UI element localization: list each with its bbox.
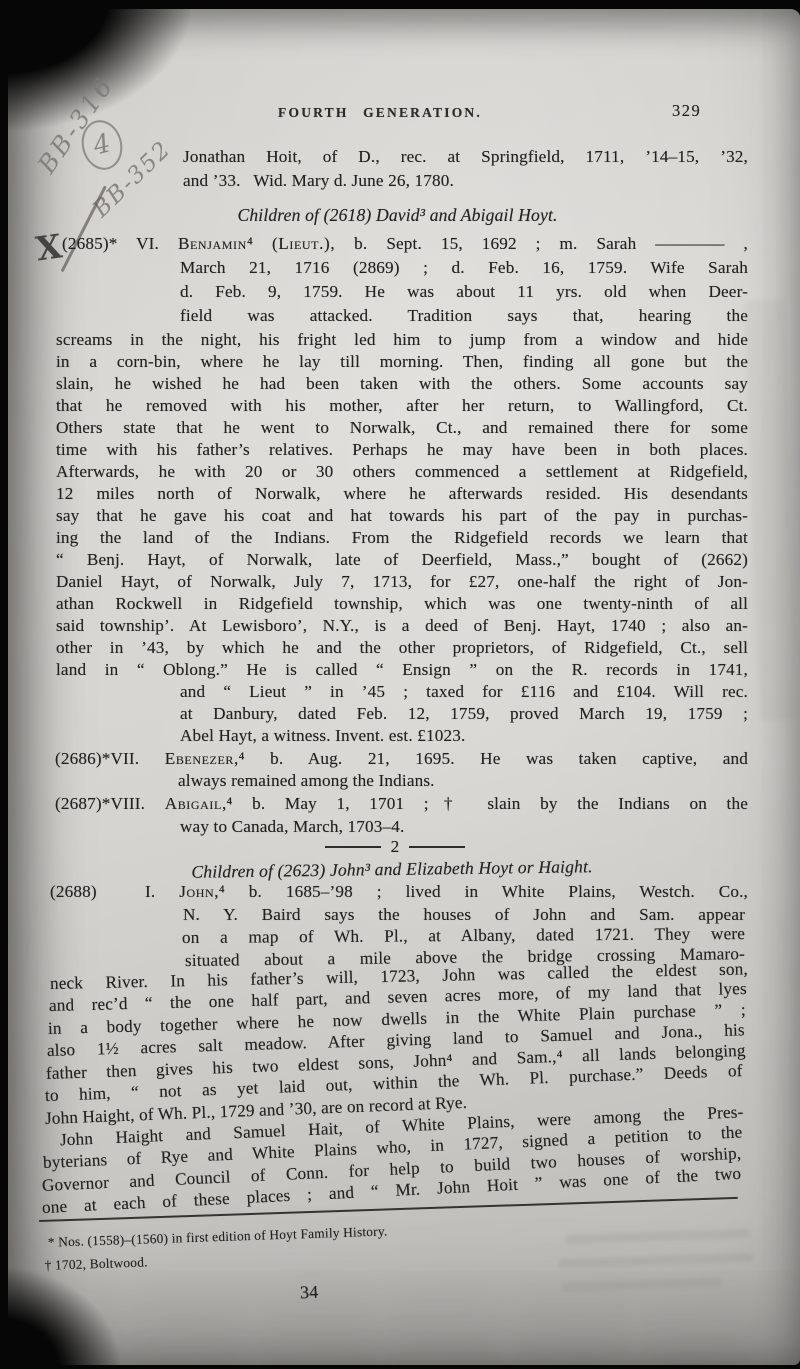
entry-benjamin-tail-line: at Danbury, dated Feb. 12, 1759, proved …: [180, 703, 748, 725]
body-text-line: say that he gave his coat and hat toward…: [56, 505, 748, 527]
entry-text: ,⁴ b. 1685–’98 ; lived in White Plains, …: [214, 882, 748, 901]
entry-ebenezer-line1: (2686)*VII. Ebenezer,⁴ b. Aug. 21, 1695.…: [55, 748, 748, 770]
body-text-line: slain, he wished he had been taken with …: [56, 373, 748, 395]
section-heading-john: Children of (2623) John³ and Elizabeth H…: [118, 854, 666, 884]
pencil-x-mark: X: [33, 226, 64, 268]
body-text-line: Others state that he went to Norwalk, Ct…: [56, 417, 748, 439]
section-divider: 2: [290, 836, 500, 858]
page-number: 329: [672, 100, 701, 122]
book-photo: { "page_header": { "running_title": "FOU…: [0, 0, 800, 1369]
person-rank: (Lieut.),: [272, 234, 335, 253]
entry-benjamin-line1: (2685)* VI. Benjamin⁴ (Lieut.), b. Sept.…: [62, 233, 748, 255]
body-text-line: athan Rockwell in Ridgefield township, w…: [56, 593, 748, 615]
body-text-line: Afterwards, he with 20 or 30 others comm…: [56, 461, 748, 483]
body-text-line: 12 miles north of Norwalk, where he afte…: [56, 483, 748, 505]
divider-number: 2: [391, 836, 400, 858]
show-through-ghost: [562, 1277, 722, 1292]
person-name: Benjamin: [178, 234, 247, 253]
person-name: Abigail: [165, 794, 222, 813]
body-text-line: time with his father’s relatives. Perhap…: [56, 439, 748, 461]
entry-benjamin-tail-line: Abel Hayt, a witness. Invent. est. £1023…: [180, 725, 465, 747]
entry-text: b. Sept. 15, 1692 ; m. Sarah ———— ,: [335, 234, 748, 253]
entry-abigail-line1: (2687)*VIII. Abigail,⁴ b. May 1, 1701 ;†…: [55, 793, 748, 815]
entry-id: (2685)* VI.: [62, 234, 178, 253]
entry-benjamin-line: field was attacked. Tradition says that,…: [180, 305, 748, 327]
entry-benjamin-line: d. Feb. 9, 1759. He was about 11 yrs. ol…: [180, 281, 748, 303]
body-text-line: that he removed with his mother, after h…: [56, 395, 748, 417]
entry-text: ,⁴ b. May 1, 1701 ;† slain by the Indian…: [222, 794, 748, 813]
body-text-line: Daniel Hayt, of Norwalk, July 7, 1713, f…: [56, 571, 748, 593]
entry-abigail-line2: way to Canada, March, 1703–4.: [180, 816, 404, 838]
section-heading-david: Children of (2618) David³ and Abigail Ho…: [145, 204, 650, 226]
generation-superscript: ⁴: [247, 234, 272, 253]
divider-dash: [409, 846, 465, 848]
entry-benjamin-line: March 21, 1716 (2869) ; d. Feb. 16, 1759…: [180, 257, 748, 279]
entry-benjamin-tail-line: and “ Lieut ” in ’45 ; taxed for £116 an…: [180, 681, 748, 703]
entry-id: (2686)*VII.: [55, 749, 165, 768]
body-text-line: said township’. At Lewisboro’, N.Y., is …: [56, 615, 748, 637]
entry-id: (2687)*VIII.: [55, 794, 165, 813]
divider-dash: [325, 846, 381, 848]
intro-line: Jonathan Hoit, of D., rec. at Springfiel…: [183, 146, 748, 168]
body-text-line: “ Benj. Hayt, of Norwalk, late of Deerfi…: [56, 549, 748, 571]
body-text-line: land in “ Oblong.” He is called “ Ensign…: [56, 659, 748, 681]
intro-line: and ’33. Wid. Mary d. June 26, 1780.: [183, 170, 454, 192]
entry-ebenezer-line2: always remained among the Indians.: [178, 770, 435, 792]
entry-john-line1: I. John,⁴ b. 1685–’98 ; lived in White P…: [145, 881, 748, 903]
body-text-line: ing the land of the Indians. From the Ri…: [56, 527, 748, 549]
person-name: John: [179, 882, 214, 901]
entry-john-id: (2688): [50, 881, 97, 903]
page-content: BB-316 4 BB-352 X FOURTH GENERATION. 329…: [0, 0, 800, 1369]
entry-text: ,⁴ b. Aug. 21, 1695. He was taken captiv…: [234, 749, 748, 768]
body-text-line: other in ’43, by which he and the other …: [56, 637, 748, 659]
person-name: Ebenezer: [165, 749, 234, 768]
running-title: FOURTH GENERATION.: [225, 102, 535, 124]
signature-number: 34: [300, 1281, 319, 1304]
body-text-line: in a corn-bin, where he lay till morning…: [56, 351, 748, 373]
pencil-slash-mark: [61, 185, 107, 272]
show-through-ghost: [745, 299, 800, 720]
body-text-line: screams in the night, his fright led him…: [56, 329, 748, 351]
entry-numeral: I.: [145, 882, 179, 901]
